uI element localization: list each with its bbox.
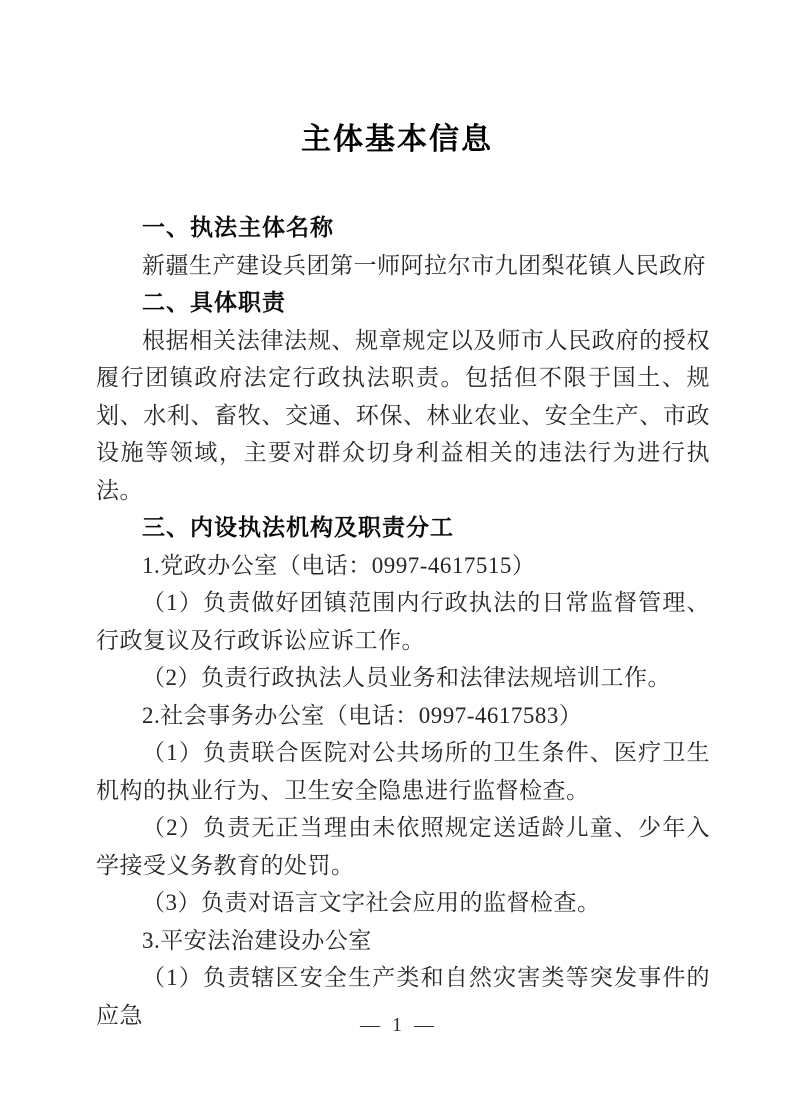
footer-dash-right: —	[414, 1014, 434, 1036]
paragraph-office-2-duty-2: （2）负责无正当理由未依照规定送适龄儿童、少年入学接受义务教育的处罚。	[96, 809, 710, 884]
paragraph-duties: 根据相关法律法规、规章规定以及师市人民政府的授权履行团镇政府法定行政执法职责。包…	[96, 322, 710, 510]
document-body: 一、执法主体名称 新疆生产建设兵团第一师阿拉尔市九团梨花镇人民政府 二、具体职责…	[96, 209, 710, 1034]
paragraph-office-1-duty-2: （2）负责行政执法人员业务和法律法规培训工作。	[96, 659, 710, 697]
document-page: 主体基本信息 一、执法主体名称 新疆生产建设兵团第一师阿拉尔市九团梨花镇人民政府…	[0, 0, 794, 1108]
paragraph-office-2-title: 2.社会事务办公室（电话：0997-4617583）	[96, 697, 710, 735]
section-heading-internal-agencies: 三、内设执法机构及职责分工	[96, 509, 710, 547]
paragraph-office-1-title: 1.党政办公室（电话：0997-4617515）	[96, 547, 710, 585]
page-number: 1	[392, 1014, 402, 1036]
paragraph-office-1-duty-1: （1）负责做好团镇范围内行政执法的日常监督管理、行政复议及行政诉讼应诉工作。	[96, 584, 710, 659]
document-title: 主体基本信息	[0, 0, 794, 159]
section-heading-subject-name: 一、执法主体名称	[96, 209, 710, 247]
paragraph-office-2-duty-3: （3）负责对语言文字社会应用的监督检查。	[96, 884, 710, 922]
paragraph-office-3-title: 3.平安法治建设办公室	[96, 922, 710, 960]
paragraph-subject-name: 新疆生产建设兵团第一师阿拉尔市九团梨花镇人民政府	[96, 247, 710, 285]
page-footer: —1—	[0, 1014, 794, 1037]
section-heading-duties: 二、具体职责	[96, 284, 710, 322]
paragraph-office-2-duty-1: （1）负责联合医院对公共场所的卫生条件、医疗卫生机构的执业行为、卫生安全隐患进行…	[96, 734, 710, 809]
footer-dash-left: —	[360, 1014, 380, 1036]
